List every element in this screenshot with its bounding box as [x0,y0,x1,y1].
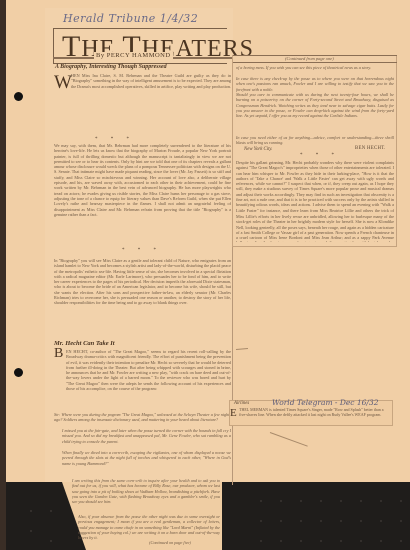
letter-paragraph: When finally we dived into a corn-crib, … [62,450,231,476]
letter-paragraph: I am writing this from the same corn-cri… [72,478,220,514]
section-break: * * * [95,137,135,142]
article-paragraph: Despite his gallant grinning, Mr. Hecht … [236,160,394,214]
signoff-place: New York City. [244,147,272,152]
subhead-biography: A Biography, Interesting Though Suppress… [55,64,167,70]
letter-paragraph: of a boring mess. If you wish you can se… [236,65,394,75]
byline-rule-right [170,57,232,59]
subhead-hecht: Mr. Hecht Can Take It [54,340,115,347]
article-paragraph: EN HECHT, co-author of "The Great Magoo,… [66,349,231,411]
article-paragraph: We may say, with them, that Mr. Behrman … [54,143,231,251]
handwritten-source-note: World Telegram - Dec 16/32 [272,398,379,407]
article-paragraph: HEN Miss Ina Claire, S. M. Behrman and t… [71,73,231,89]
byline-rule-left [53,57,97,59]
dropcap-b: B [54,347,63,361]
article-paragraph: Miss Lillie's efforts in her lively revu… [236,214,394,242]
letter-paragraph: Sir: Where were you during the pogrom "T… [54,412,231,428]
page-left-edge [0,0,6,550]
letter-paragraph: Should you care to communicate with us d… [236,92,394,124]
continued-on-note: (Continued on page five) [130,540,210,546]
article-paragraph: In "Biography" you will see Miss Claire … [54,258,231,316]
dropcap-e: E [230,407,237,419]
small-clipping-body: THEL MERMAN is talented Times Square's S… [239,408,389,418]
binder-hole-icon [14,368,23,377]
article-paragraph-cont [54,88,231,150]
letter-paragraph: Also, if your absence from the posse the… [78,514,220,540]
letter-paragraph: In case there is any check-up by the pos… [236,76,394,92]
binder-hole-icon [14,92,23,101]
continued-from-note: (Continued from page one) [285,56,334,61]
letter-paragraph: I missed you at the fair-gate, and later… [62,428,231,450]
section-break: * * * [300,153,340,158]
byline: By PERCY HAMMOND [94,52,173,59]
signature: BEN HECHT. [355,146,386,151]
handwritten-source-note: Herald Tribune 1/4/32 [63,12,198,25]
letter-paragraph: In case you need either of us for anythi… [236,135,394,146]
small-clipping-section: Airlines [234,401,249,406]
section-break: * * * [122,248,162,253]
